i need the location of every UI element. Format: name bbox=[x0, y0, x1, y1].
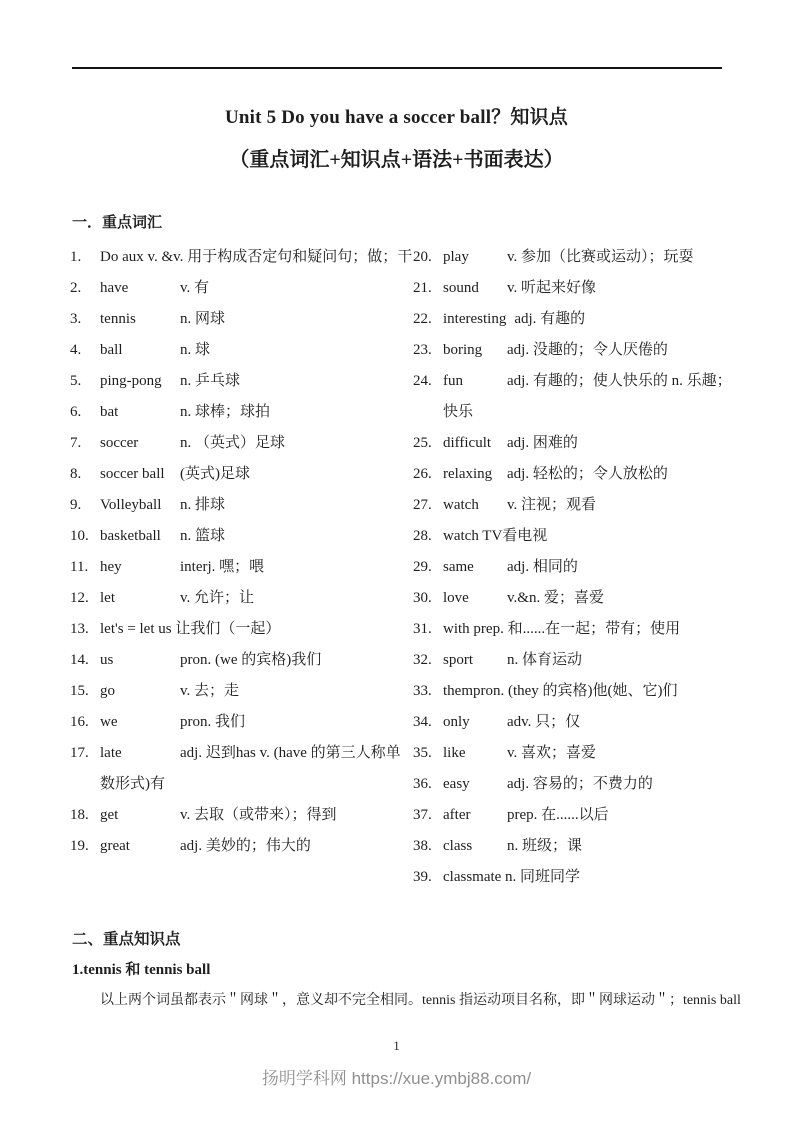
vocab-item: 8.soccer ball(英式)足球 bbox=[70, 459, 413, 490]
vocab-item: 22.interestingadj. 有趣的 bbox=[413, 304, 742, 335]
vocab-item: 27.watchv. 注视；观看 bbox=[413, 490, 742, 521]
vocab-item: 31.with prep. 和......在一起；带有；使用 bbox=[413, 614, 742, 645]
vocab-word: basketball bbox=[100, 521, 178, 552]
vocab-definition: (英式)足球 bbox=[180, 466, 250, 482]
vocab-definition: pron. 我们 bbox=[180, 714, 245, 730]
vocab-item: 10.basketballn. 篮球 bbox=[70, 521, 413, 552]
note1-subheading: 1.tennis 和 tennis ball bbox=[72, 958, 210, 979]
vocab-definition: n. （英式）足球 bbox=[180, 435, 285, 451]
vocab-item: 14.uspron. (we 的宾格)我们 bbox=[70, 645, 413, 676]
item-number: 24. bbox=[413, 366, 432, 397]
vocab-definition: adj. 美妙的；伟大的 bbox=[180, 838, 311, 854]
vocab-definition: adj. 有趣的 bbox=[514, 311, 585, 327]
vocab-definition: v. 注视；观看 bbox=[507, 497, 596, 513]
vocab-definition: v. 去取（或带来）；得到 bbox=[180, 807, 337, 823]
vocab-item: 35.likev. 喜欢；喜爱 bbox=[413, 738, 742, 769]
vocab-item: 24.funadj. 有趣的；使人快乐的 n. 乐趣；快乐 bbox=[413, 366, 742, 428]
vocab-word: ping-pong bbox=[100, 366, 178, 397]
item-number: 26. bbox=[413, 459, 432, 490]
vocab-list: 1.Do aux v. &v. 用于构成否定句和疑问句；做；干2.havev. … bbox=[70, 242, 742, 893]
item-number: 36. bbox=[413, 769, 432, 800]
vocab-word: we bbox=[100, 707, 178, 738]
vocab-word: soccer ball bbox=[100, 459, 178, 490]
vocab-word: difficult bbox=[443, 428, 499, 459]
vocab-word: after bbox=[443, 800, 499, 831]
vocab-definition: n. 篮球 bbox=[180, 528, 225, 544]
item-number: 16. bbox=[70, 707, 89, 738]
vocab-item: 4.balln. 球 bbox=[70, 335, 413, 366]
item-number: 28. bbox=[413, 521, 432, 552]
vocab-item: 5.ping-pongn. 乒乓球 bbox=[70, 366, 413, 397]
vocab-word: only bbox=[443, 707, 499, 738]
vocab-item: 30.lovev.&n. 爱；喜爱 bbox=[413, 583, 742, 614]
item-number: 8. bbox=[70, 459, 81, 490]
vocab-item: 3.tennisn. 网球 bbox=[70, 304, 413, 335]
vocab-item: 13.let's = let us 让我们（一起） bbox=[70, 614, 413, 645]
vocab-text: let's = let us 让我们（一起） bbox=[100, 621, 280, 637]
item-number: 4. bbox=[70, 335, 81, 366]
vocab-text: classmate n. 同班同学 bbox=[443, 869, 580, 885]
vocab-definition: n. 乒乓球 bbox=[180, 373, 240, 389]
vocab-item: 15.gov. 去；走 bbox=[70, 676, 413, 707]
item-number: 30. bbox=[413, 583, 432, 614]
vocab-word: Volleyball bbox=[100, 490, 178, 521]
vocab-word: easy bbox=[443, 769, 499, 800]
vocab-definition: adj. 容易的；不费力的 bbox=[507, 776, 653, 792]
vocab-definition: v. 去；走 bbox=[180, 683, 239, 699]
vocab-item: 38.classn. 班级；课 bbox=[413, 831, 742, 862]
vocab-word: have bbox=[100, 273, 178, 304]
vocab-word: play bbox=[443, 242, 499, 273]
item-number: 7. bbox=[70, 428, 81, 459]
item-number: 35. bbox=[413, 738, 432, 769]
item-number: 27. bbox=[413, 490, 432, 521]
vocab-definition: n. 网球 bbox=[180, 311, 225, 327]
vocab-item: 28.watch TV看电视 bbox=[413, 521, 742, 552]
vocab-definition: n. 排球 bbox=[180, 497, 225, 513]
vocab-item: 39.classmate n. 同班同学 bbox=[413, 862, 742, 893]
item-number: 31. bbox=[413, 614, 432, 645]
vocab-definition: n. 班级；课 bbox=[507, 838, 582, 854]
vocab-word: same bbox=[443, 552, 499, 583]
item-number: 23. bbox=[413, 335, 432, 366]
vocab-word: soccer bbox=[100, 428, 178, 459]
item-number: 5. bbox=[70, 366, 81, 397]
vocab-item: 9.Volleyballn. 排球 bbox=[70, 490, 413, 521]
vocab-item: 25.difficultadj. 困难的 bbox=[413, 428, 742, 459]
vocab-item: 6.batn. 球棒；球拍 bbox=[70, 397, 413, 428]
vocab-item: 32.sportn. 体育运动 bbox=[413, 645, 742, 676]
vocab-word: sound bbox=[443, 273, 499, 304]
vocab-word: boring bbox=[443, 335, 499, 366]
vocab-item: 26.relaxingadj. 轻松的；令人放松的 bbox=[413, 459, 742, 490]
vocab-item: 20.playv. 参加（比赛或运动）；玩耍 bbox=[413, 242, 742, 273]
vocab-definition: adj. 困难的 bbox=[507, 435, 578, 451]
vocab-definition: n. 球棒；球拍 bbox=[180, 404, 270, 420]
item-number: 22. bbox=[413, 304, 432, 335]
vocab-definition: v. 有 bbox=[180, 280, 209, 296]
vocab-definition: adj. 轻松的；令人放松的 bbox=[507, 466, 668, 482]
item-number: 2. bbox=[70, 273, 81, 304]
vocab-word: class bbox=[443, 831, 499, 862]
item-number: 3. bbox=[70, 304, 81, 335]
vocab-item: 16.wepron. 我们 bbox=[70, 707, 413, 738]
item-number: 25. bbox=[413, 428, 432, 459]
vocab-word: ball bbox=[100, 335, 178, 366]
vocab-item: 33.thempron. (they 的宾格)他(她、它)们 bbox=[413, 676, 742, 707]
vocab-word: late bbox=[100, 738, 178, 769]
vocab-definition: v. 听起来好像 bbox=[507, 280, 596, 296]
item-number: 11. bbox=[70, 552, 88, 583]
vocab-word: fun bbox=[443, 366, 499, 397]
vocab-item: 36.easyadj. 容易的；不费力的 bbox=[413, 769, 742, 800]
item-number: 17. bbox=[70, 738, 89, 769]
vocab-word: like bbox=[443, 738, 499, 769]
footer-watermark: 扬明学科网 https://xue.ymbj88.com/ bbox=[0, 1064, 793, 1089]
item-number: 6. bbox=[70, 397, 81, 428]
vocab-definition: v.&n. 爱；喜爱 bbox=[507, 590, 604, 606]
vocab-definition: prep. 在......以后 bbox=[507, 807, 609, 823]
section2-heading: 二、重点知识点 bbox=[72, 927, 181, 949]
vocab-item: 29.sameadj. 相同的 bbox=[413, 552, 742, 583]
vocab-definition: n. 体育运动 bbox=[507, 652, 582, 668]
vocab-definition: v. 喜欢；喜爱 bbox=[507, 745, 596, 761]
note1-paragraph: 以上两个词虽都表示＂网球＂，意义却不完全相同。tennis 指运动项目名称，即＂… bbox=[72, 989, 741, 1013]
vocab-word: us bbox=[100, 645, 178, 676]
vocab-word: hey bbox=[100, 552, 178, 583]
item-number: 37. bbox=[413, 800, 432, 831]
item-number: 34. bbox=[413, 707, 432, 738]
vocab-definition: adj. 相同的 bbox=[507, 559, 578, 575]
item-number: 38. bbox=[413, 831, 432, 862]
vocab-word: relaxing bbox=[443, 459, 499, 490]
vocab-item: 19.greatadj. 美妙的；伟大的 bbox=[70, 831, 413, 862]
vocab-word: let bbox=[100, 583, 178, 614]
vocab-definition: v. 允许；让 bbox=[180, 590, 254, 606]
item-number: 18. bbox=[70, 800, 89, 831]
vocab-item: 37.afterprep. 在......以后 bbox=[413, 800, 742, 831]
vocab-word: watch bbox=[443, 490, 499, 521]
vocab-word: bat bbox=[100, 397, 178, 428]
vocab-word: interesting bbox=[443, 304, 506, 335]
vocab-word: sport bbox=[443, 645, 499, 676]
vocab-item: 23.boringadj. 没趣的；令人厌倦的 bbox=[413, 335, 742, 366]
item-number: 13. bbox=[70, 614, 89, 645]
vocab-text: thempron. (they 的宾格)他(她、它)们 bbox=[443, 683, 678, 699]
item-number: 29. bbox=[413, 552, 432, 583]
item-number: 32. bbox=[413, 645, 432, 676]
item-number: 39. bbox=[413, 862, 432, 893]
vocab-definition: adj. 没趣的；令人厌倦的 bbox=[507, 342, 668, 358]
vocab-word: go bbox=[100, 676, 178, 707]
vocab-item: 2.havev. 有 bbox=[70, 273, 413, 304]
vocab-item: 18.getv. 去取（或带来）；得到 bbox=[70, 800, 413, 831]
item-number: 10. bbox=[70, 521, 89, 552]
vocab-word: great bbox=[100, 831, 178, 862]
vocab-text: watch TV看电视 bbox=[443, 528, 547, 544]
vocab-item: 17.lateadj. 迟到has v. (have 的第三人称单数形式)有 bbox=[70, 738, 413, 800]
vocab-definition: adv. 只；仅 bbox=[507, 714, 580, 730]
vocab-definition: interj. 嘿；喂 bbox=[180, 559, 264, 575]
vocab-word: get bbox=[100, 800, 178, 831]
vocab-definition: pron. (we 的宾格)我们 bbox=[180, 652, 321, 668]
item-number: 21. bbox=[413, 273, 432, 304]
vocab-column-right: 20.playv. 参加（比赛或运动）；玩耍21.soundv. 听起来好像22… bbox=[413, 242, 742, 893]
vocab-item: 34.onlyadv. 只；仅 bbox=[413, 707, 742, 738]
header-rule bbox=[72, 67, 722, 69]
doc-title-line1: Unit 5 Do you have a soccer ball？知识点 bbox=[0, 102, 793, 129]
vocab-word: tennis bbox=[100, 304, 178, 335]
vocab-definition: v. 参加（比赛或运动）；玩耍 bbox=[507, 249, 694, 265]
item-number: 20. bbox=[413, 242, 432, 273]
page-number: 1 bbox=[0, 1038, 793, 1054]
item-number: 1. bbox=[70, 242, 81, 273]
vocab-column-left: 1.Do aux v. &v. 用于构成否定句和疑问句；做；干2.havev. … bbox=[70, 242, 413, 893]
item-number: 33. bbox=[413, 676, 432, 707]
vocab-text: Do aux v. &v. 用于构成否定句和疑问句；做；干 bbox=[100, 249, 412, 265]
item-number: 19. bbox=[70, 831, 89, 862]
item-number: 12. bbox=[70, 583, 89, 614]
vocab-word: love bbox=[443, 583, 499, 614]
vocab-item: 7.soccern. （英式）足球 bbox=[70, 428, 413, 459]
section1-heading: 一．重点词汇 bbox=[72, 211, 162, 232]
item-number: 15. bbox=[70, 676, 89, 707]
vocab-definition: n. 球 bbox=[180, 342, 210, 358]
vocab-text: with prep. 和......在一起；带有；使用 bbox=[443, 621, 680, 637]
doc-title-line2: （重点词汇+知识点+语法+书面表达） bbox=[0, 143, 793, 172]
vocab-item: 12.letv. 允许；让 bbox=[70, 583, 413, 614]
item-number: 14. bbox=[70, 645, 89, 676]
item-number: 9. bbox=[70, 490, 81, 521]
document-page: Unit 5 Do you have a soccer ball？知识点 （重点… bbox=[0, 0, 793, 1122]
vocab-item: 1.Do aux v. &v. 用于构成否定句和疑问句；做；干 bbox=[70, 242, 413, 273]
vocab-item: 21.soundv. 听起来好像 bbox=[413, 273, 742, 304]
vocab-item: 11.heyinterj. 嘿；喂 bbox=[70, 552, 413, 583]
